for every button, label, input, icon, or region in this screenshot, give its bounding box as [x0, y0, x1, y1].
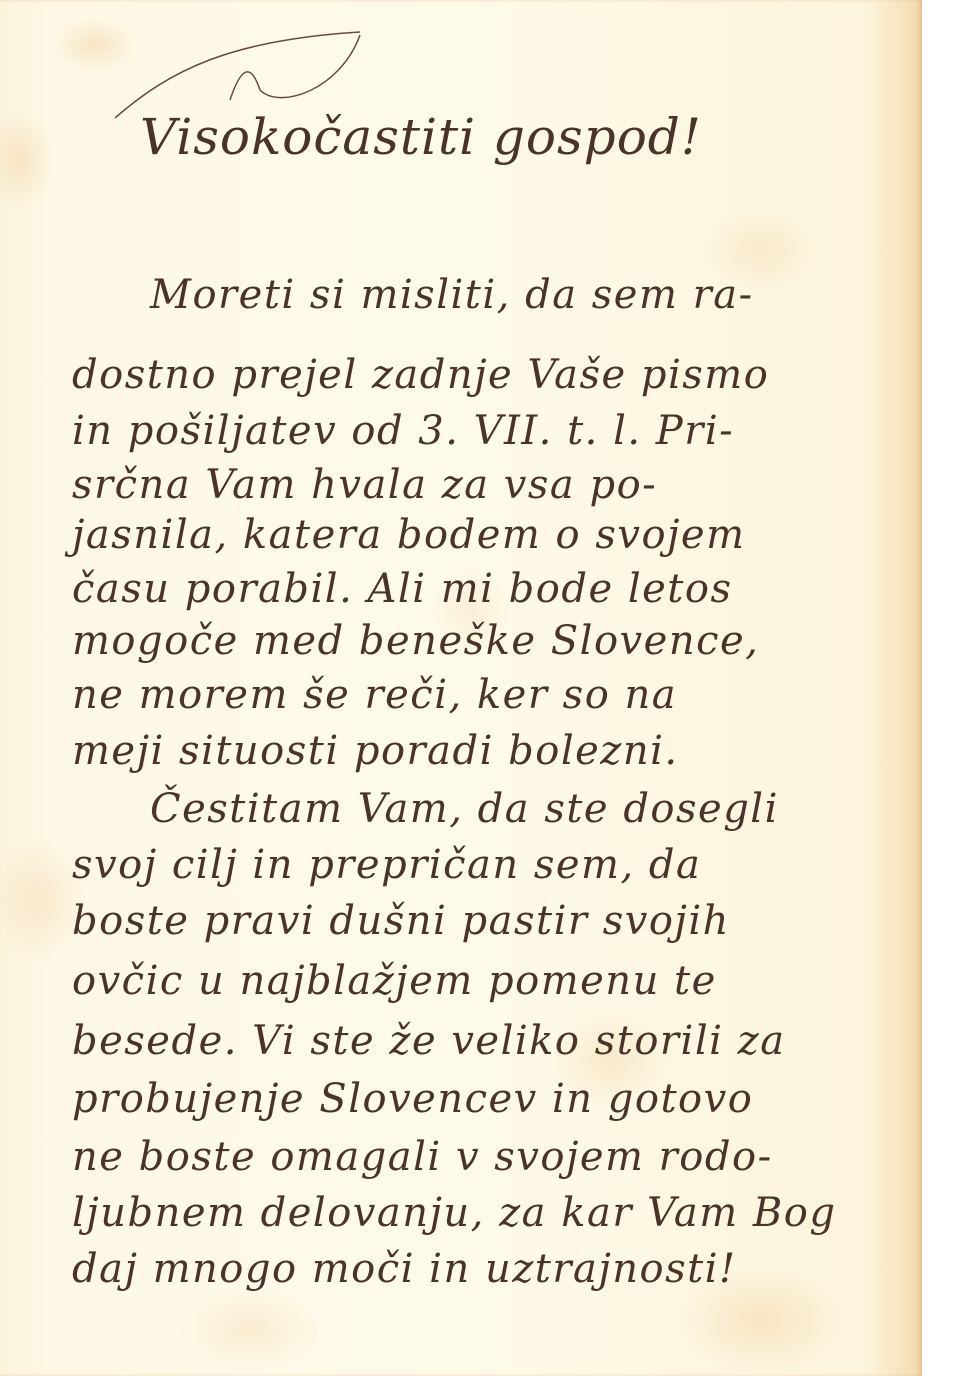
- letter-line: besede. Vi ste že veliko storili za: [72, 1018, 786, 1064]
- letter-line: in pošiljatev od 3. VII. t. l. Pri-: [72, 408, 734, 454]
- letter-line: ljubnem delovanju, za kar Vam Bog: [72, 1190, 836, 1236]
- letter-page: Visokočastiti gospod! Moreti si misliti,…: [0, 0, 922, 1376]
- letter-line: Moreti si misliti, da sem ra-: [150, 272, 754, 318]
- letter-line: daj mnogo moči in uztrajnosti!: [72, 1246, 737, 1292]
- letter-line: mogoče med beneške Slovence,: [72, 618, 759, 664]
- scan-margin: [922, 0, 955, 1376]
- letter-line: času porabil. Ali mi bode letos: [72, 566, 732, 612]
- letter-line: ovčic u najblažjem pomenu te: [72, 958, 717, 1004]
- letter-line: dostno prejel zadnje Vaše pismo: [72, 352, 769, 398]
- letter-line: ne morem še reči, ker so na: [72, 672, 677, 718]
- letter-line: Čestitam Vam, da ste dosegli: [150, 786, 779, 832]
- letter-line: meji situosti poradi bolezni.: [72, 728, 679, 774]
- letter-line: ne boste omagali v svojem rodo-: [72, 1134, 773, 1180]
- salutation-flourish: [110, 30, 370, 120]
- letter-line: probujenje Slovencev in gotovo: [72, 1076, 753, 1122]
- letter-line: jasnila, katera bodem o svojem: [72, 512, 746, 558]
- letter-line: boste pravi dušni pastir svojih: [72, 898, 730, 944]
- letter-line: srčna Vam hvala za vsa po-: [72, 462, 657, 508]
- letter-line: svoj cilj in prepričan sem, da: [72, 842, 701, 888]
- letter-salutation: Visokočastiti gospod!: [140, 108, 702, 166]
